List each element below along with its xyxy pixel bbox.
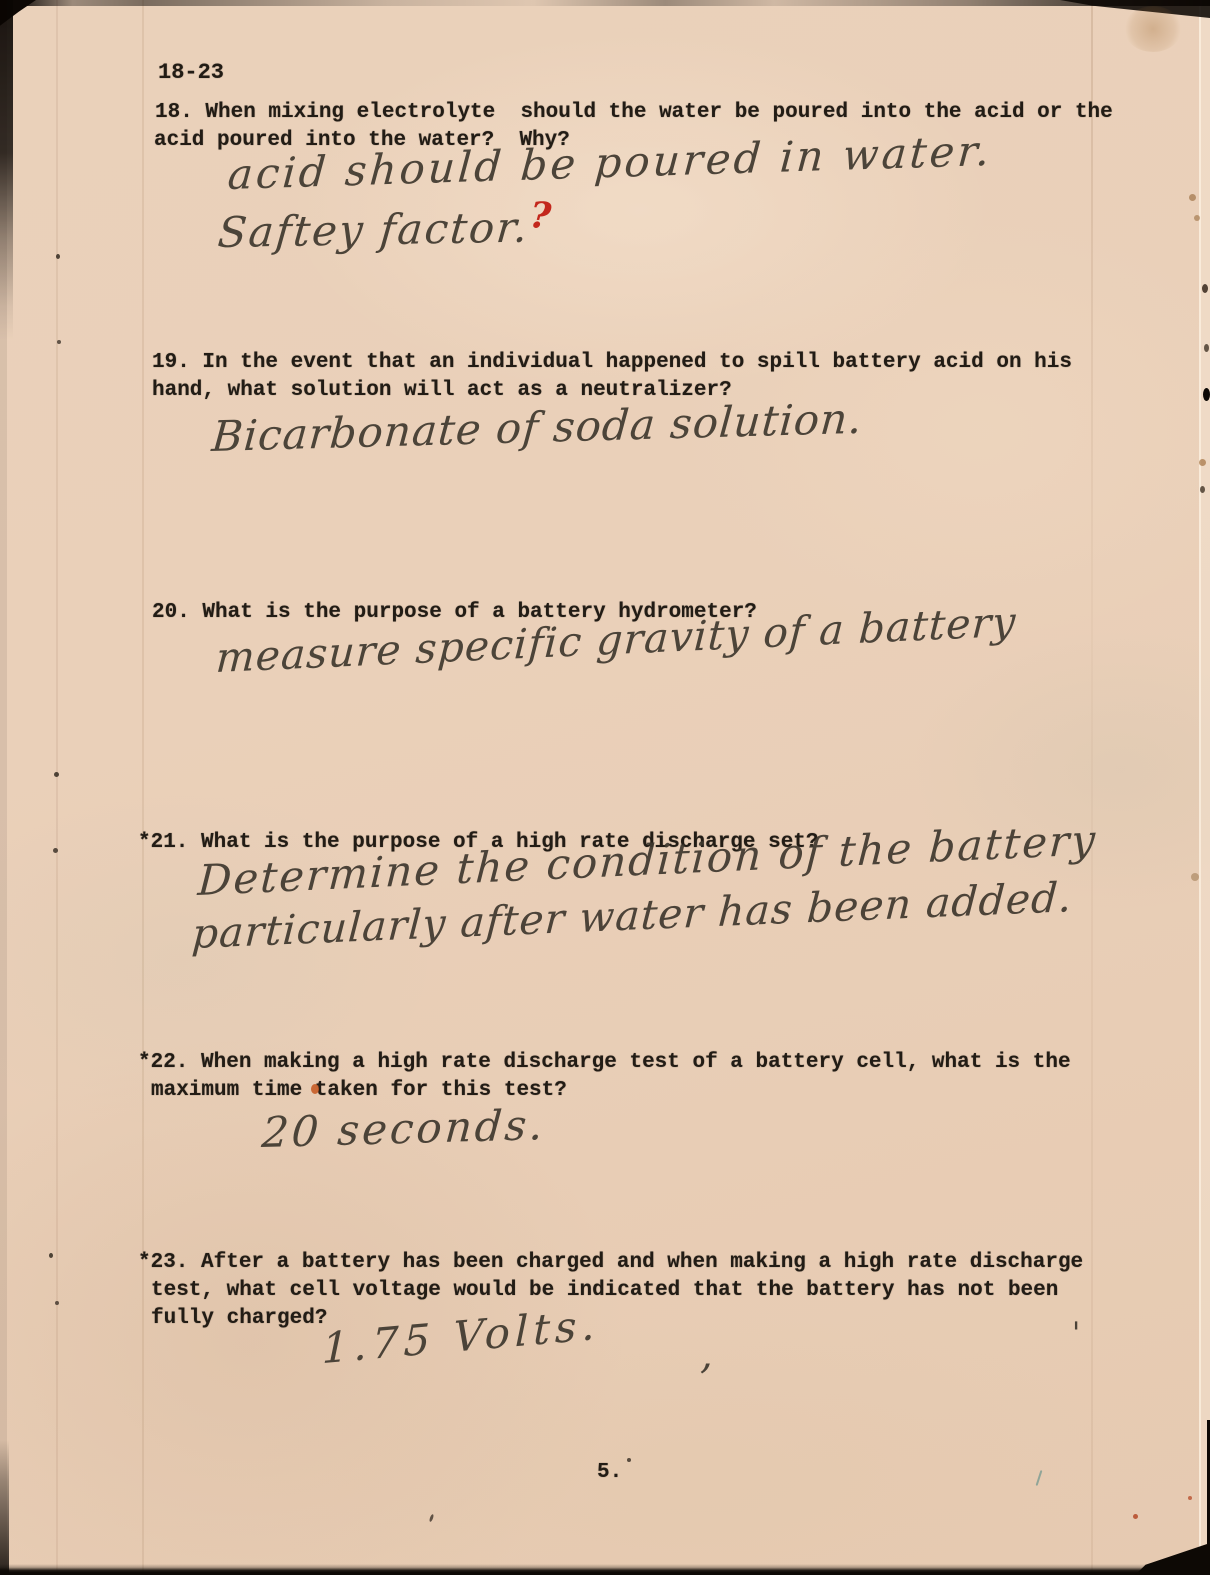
page-number: 5. <box>597 1460 622 1486</box>
scanned-worksheet-page: 18-23 18. When mixing electrolyte should… <box>0 0 1210 1575</box>
ink-speck <box>57 340 61 344</box>
scan-edge-bottom <box>0 1564 1210 1575</box>
question-23-line-2: test, what cell voltage would be indicat… <box>151 1278 1058 1304</box>
scan-edge-left-faint <box>0 0 7 1575</box>
paper-stain <box>1191 873 1199 881</box>
paper-crease <box>1201 0 1210 1575</box>
scan-corner-bottom-right <box>1135 1543 1210 1575</box>
paper-crease <box>56 0 58 1575</box>
question-22-line-2: maximum time taken for this test? <box>151 1078 567 1104</box>
ink-speck <box>1204 344 1209 352</box>
question-23-line-1: *23. After a battery has been charged an… <box>138 1250 1083 1276</box>
ink-speck <box>1202 284 1208 293</box>
answer-23-line-1: 1.75 Volts. <box>322 1300 601 1374</box>
stray-apostrophe-mark: ' <box>1072 1316 1080 1351</box>
question-18-line-1: 18. When mixing electrolyte should the w… <box>155 100 1113 126</box>
ink-speck <box>56 254 60 259</box>
question-22-line-1: *22. When making a high rate discharge t… <box>138 1050 1071 1076</box>
paper-crease <box>1091 0 1093 1575</box>
red-question-mark: ? <box>529 194 553 237</box>
answer-22-line-1: 20 seconds. <box>260 1100 548 1157</box>
ink-speck <box>429 1514 435 1523</box>
paper-stain <box>1199 459 1206 466</box>
ink-speck <box>1203 388 1210 401</box>
question-19-line-1: 19. In the event that an individual happ… <box>152 350 1072 376</box>
red-ink-speck <box>1133 1514 1138 1519</box>
paper-crease <box>142 0 144 1575</box>
stray-comma-mark: , <box>700 1332 713 1378</box>
ink-speck <box>54 772 59 777</box>
red-ink-speck <box>311 1084 319 1094</box>
ink-speck <box>1200 486 1205 493</box>
ink-speck <box>55 1301 59 1305</box>
ink-speck <box>53 848 58 853</box>
paper-stain <box>1124 6 1182 52</box>
scan-edge-left-bottom <box>0 1440 9 1575</box>
ink-speck <box>49 1253 53 1258</box>
paper-stain <box>1194 215 1200 221</box>
question-23-line-3: fully charged? <box>151 1306 327 1332</box>
scratch-mark <box>1036 1470 1043 1486</box>
scan-edge-top <box>0 0 1210 6</box>
ink-speck <box>627 1458 631 1462</box>
red-ink-speck <box>1188 1496 1192 1500</box>
answer-18-line-2: Saftey factor. <box>216 203 532 258</box>
paper-stain <box>1189 194 1196 201</box>
page-ref: 18-23 <box>158 60 224 86</box>
